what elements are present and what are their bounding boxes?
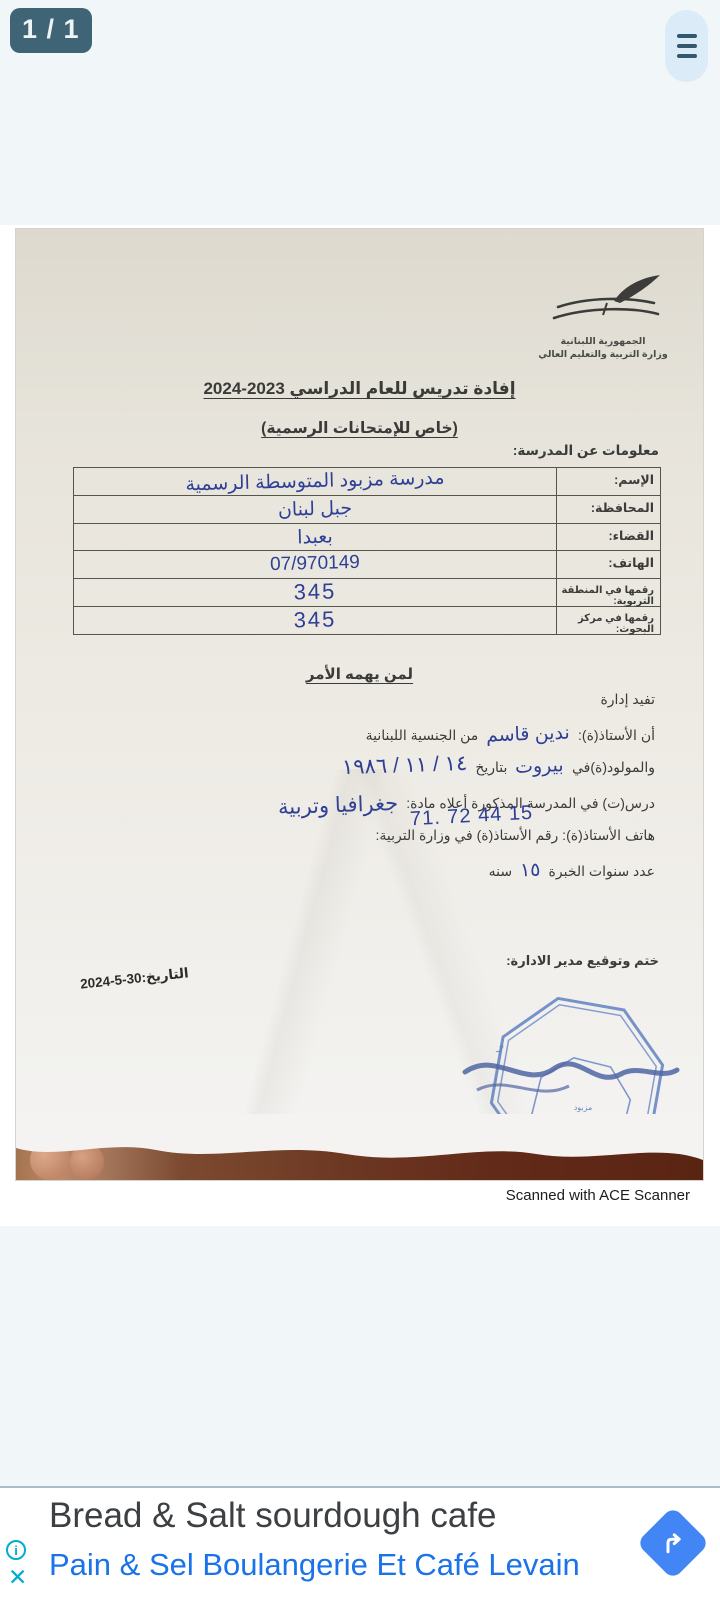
handwritten-teacher-name: ندين قاسم <box>486 722 570 748</box>
handwritten-birth-date: ١٤ / ١١ / ١٩٨٦ <box>342 751 468 780</box>
body-certify-line: تفيد إدارة <box>600 691 655 708</box>
scanner-credit: Scanned with ACE Scanner <box>506 1187 690 1204</box>
ministry-logo-icon <box>528 273 678 335</box>
ad-info-icon[interactable]: i <box>6 1540 26 1560</box>
body-experience-line: عدد سنوات الخبرة١٥سنه <box>489 859 655 882</box>
body-birth-line: والمولود(ة)فيبيروتبتاريخ١٤ / ١١ / ١٩٨٦ <box>334 753 655 778</box>
pdf-page: الجمهورية اللبنانية وزارة التربية والتعل… <box>0 225 720 1226</box>
table-row: الإسم: مدرسة مزبود المتوسطة الرسمية <box>74 468 660 496</box>
document-date: التاريخ:2024-5-30 <box>79 965 189 992</box>
ad-directions-button[interactable] <box>636 1506 710 1580</box>
ad-close-icon[interactable]: ✕ <box>8 1566 27 1589</box>
certificate-title: إفادة تدريس للعام الدراسي 2023-2024 <box>16 379 703 399</box>
school-info-table: الإسم: مدرسة مزبود المتوسطة الرسمية المح… <box>73 467 661 635</box>
school-info-label: معلومات عن المدرسة: <box>513 443 659 459</box>
page-indicator: 1 / 1 <box>10 8 92 53</box>
ad-banner[interactable]: Bread & Salt sourdough cafe Pain & Sel B… <box>0 1488 720 1600</box>
body-teacher-line: أن الأستاذ(ة):ندين قاسممن الجنسية اللبنا… <box>366 723 655 746</box>
ad-headline[interactable]: Bread & Salt sourdough cafe <box>49 1496 497 1536</box>
paper-bottom-edge <box>16 1114 703 1180</box>
menu-button[interactable] <box>665 10 708 82</box>
table-row: رقمها في المنطقة التربوية: 345 <box>74 579 660 607</box>
handwritten-birth-place: بيروت <box>515 754 564 779</box>
ministry-logo-caption: الجمهورية اللبنانية وزارة التربية والتعل… <box>508 335 698 361</box>
svg-text:مزبود: مزبود <box>574 1103 593 1112</box>
table-row: الهاتف: 07/970149 <box>74 551 660 579</box>
ad-advertiser-link[interactable]: Pain & Sel Boulangerie Et Café Levain <box>49 1547 580 1583</box>
table-row: المحافظة: جبل لبنان <box>74 496 660 524</box>
handwritten-subject: جغرافيا وتربية <box>278 791 399 820</box>
document-photo[interactable]: الجمهورية اللبنانية وزارة التربية والتعل… <box>16 229 703 1180</box>
turn-right-arrow-icon <box>658 1528 688 1558</box>
handwritten-experience-years: ١٥ <box>520 859 541 883</box>
certificate-subtitle: (خاص للإمتحانات الرسمية) <box>16 419 703 438</box>
stamp-signature-label: ختم وتوقيع مدير الادارة: <box>506 953 659 969</box>
table-row: القضاء: بعبدا <box>74 524 660 552</box>
body-phone-line: هاتف الأستاذ(ة): رقم الأستاذ(ة) في وزارة… <box>375 827 655 844</box>
salutation: لمن يهمه الأمر <box>16 665 703 683</box>
table-row: رقمها في مركز البحوث: 345 <box>74 607 660 634</box>
